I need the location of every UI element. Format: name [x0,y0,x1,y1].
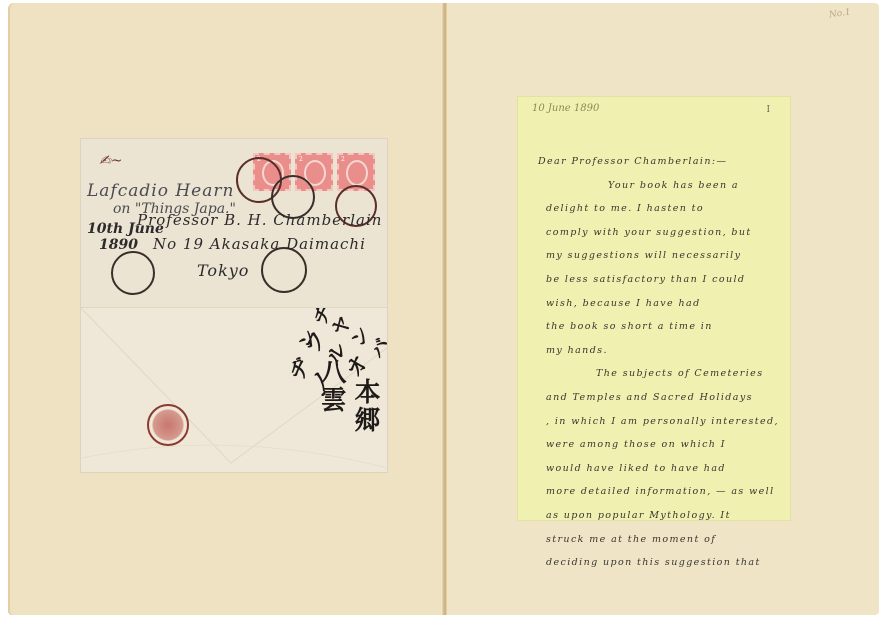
letter-line: more detailed information, — as well [538,480,778,504]
postmark-circle-icon [111,251,155,295]
book-spread: 2 2 2 ✍︎~ Lafcadio Hea [0,0,882,620]
letter-line: and Temples and Sacred Holidays [538,386,778,410]
postmark-circle-icon [261,247,307,293]
right-page: No.1 10 June 1890 I Dear Professor Chamb… [447,3,879,615]
envelope-back: チヤンバレン フルオヂノ 八雲 本郷 [81,307,387,472]
letter-line: my suggestions will necessarily [538,244,778,268]
letter-line: be less satisfactory than I could [538,268,778,292]
letter-line: Your book has been a [538,174,778,198]
left-page: 2 2 2 ✍︎~ Lafcadio Hea [8,3,441,615]
letter-line: wish, because I have had [538,292,778,316]
letter-date: 10 June 1890 [532,103,599,114]
letter-line: comply with your suggestion, but [538,221,778,245]
brush-column-4: 本郷 [347,378,384,434]
letter-line: as upon popular Mythology. It [538,504,778,528]
letter-line: the book so short a time in [538,315,778,339]
letter-line: struck me at the moment of [538,528,778,552]
stamp-emblem-icon [346,160,368,186]
letter-line: , in which I am personally interested, [538,410,778,434]
envelope: 2 2 2 ✍︎~ Lafcadio Hea [81,139,387,472]
recipient-city: Tokyo [197,261,249,280]
letter-body: Dear Professor Chamberlain:— Your book h… [538,150,778,575]
brush-column-3: 八雲 [313,358,350,414]
letter-line: delight to me. I hasten to [538,197,778,221]
letter-line: The subjects of Cemeteries [538,362,778,386]
letter-line: Dear Professor Chamberlain:— [538,150,778,174]
red-seal-icon [147,404,189,446]
letter-line: my hands. [538,339,778,363]
sender-signature-mark: ✍︎~ [99,153,122,169]
letter-page-number: I [766,105,770,115]
sender-name: Lafcadio Hearn [87,181,234,201]
letter-line: were among those on which I [538,433,778,457]
recipient-name: Professor B. H. Chamberlain [137,211,382,229]
date-line-2: 1890 [99,237,138,253]
letter-line: would have liked to have had [538,457,778,481]
catalog-number: No.1 [829,8,852,21]
recipient-street: No 19 Akasaka Daimachi [153,235,366,253]
letter-sheet: 10 June 1890 I Dear Professor Chamberlai… [518,97,790,520]
letter-line: deciding upon this suggestion that [538,551,778,575]
envelope-front: 2 2 2 ✍︎~ Lafcadio Hea [81,139,387,307]
